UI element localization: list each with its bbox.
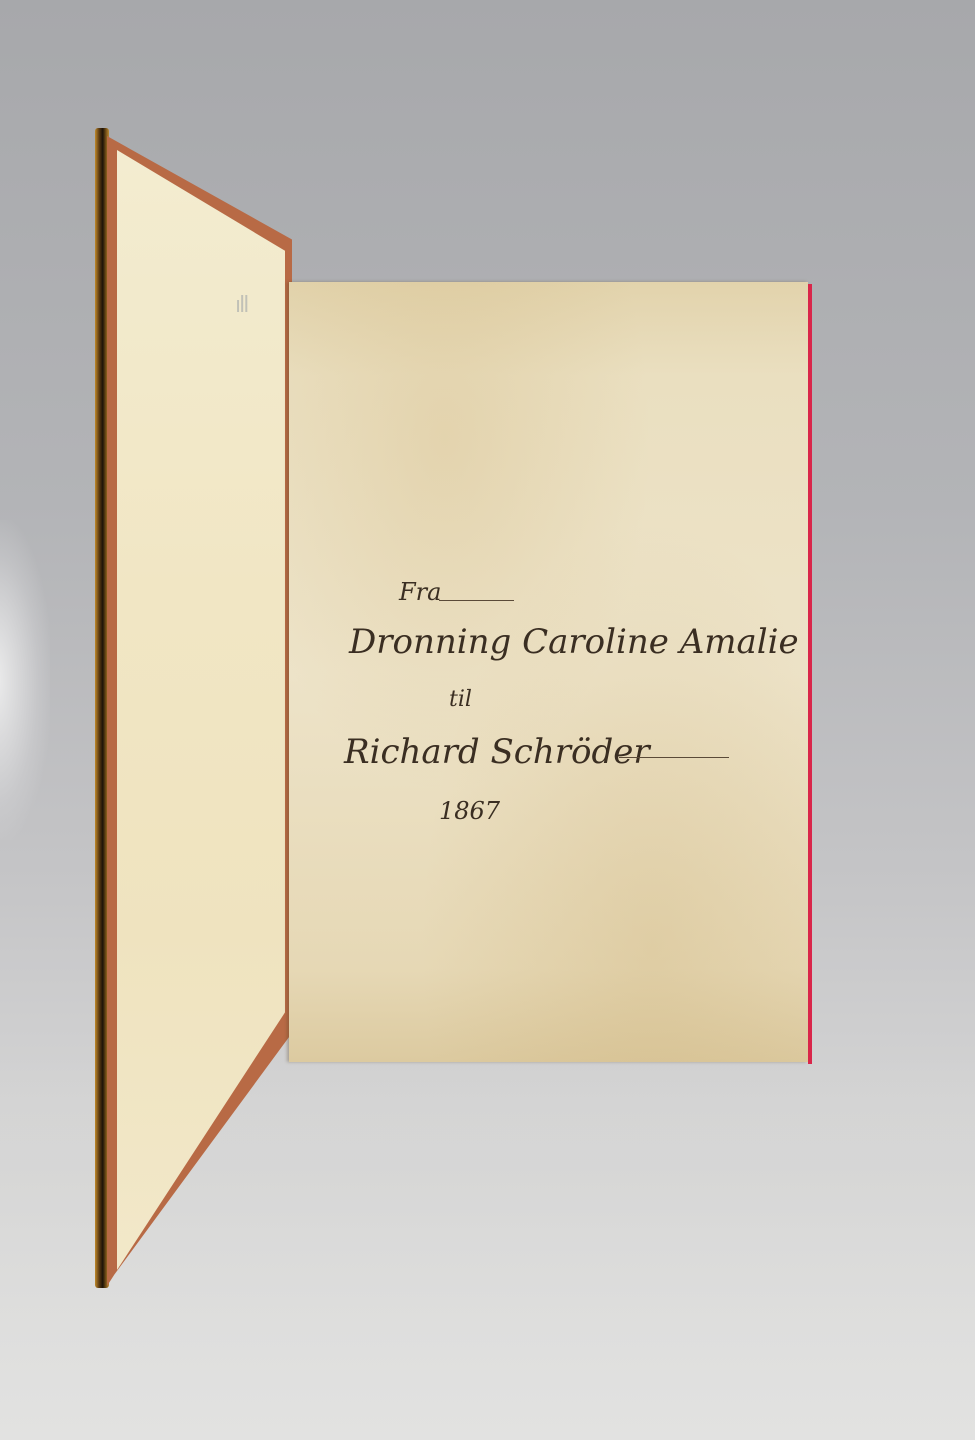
pastedown-endpaper <box>117 150 285 1270</box>
inscription-to: til <box>449 687 472 712</box>
red-page-edge <box>808 284 812 1064</box>
inscription-recipient: Richard Schröder <box>344 732 650 772</box>
flyleaf-page: Fra Dronning Caroline Amalie til Richard… <box>289 282 808 1062</box>
shelfmark-label: ıll <box>235 293 257 333</box>
book-front-cover: ıll <box>95 128 295 1288</box>
photo-scene: ıll Fra Dronning Caroline Amalie til Ric… <box>0 0 975 1440</box>
inscription-from: Fra <box>399 578 441 606</box>
light-reflection <box>0 520 50 840</box>
inscription-year: 1867 <box>439 797 500 825</box>
handwritten-inscription: Fra Dronning Caroline Amalie til Richard… <box>289 282 808 1062</box>
cover-spine-edge <box>95 128 109 1288</box>
inscription-giver: Dronning Caroline Amalie <box>349 622 799 662</box>
flourish-line <box>619 757 729 758</box>
flourish-line <box>439 600 514 601</box>
